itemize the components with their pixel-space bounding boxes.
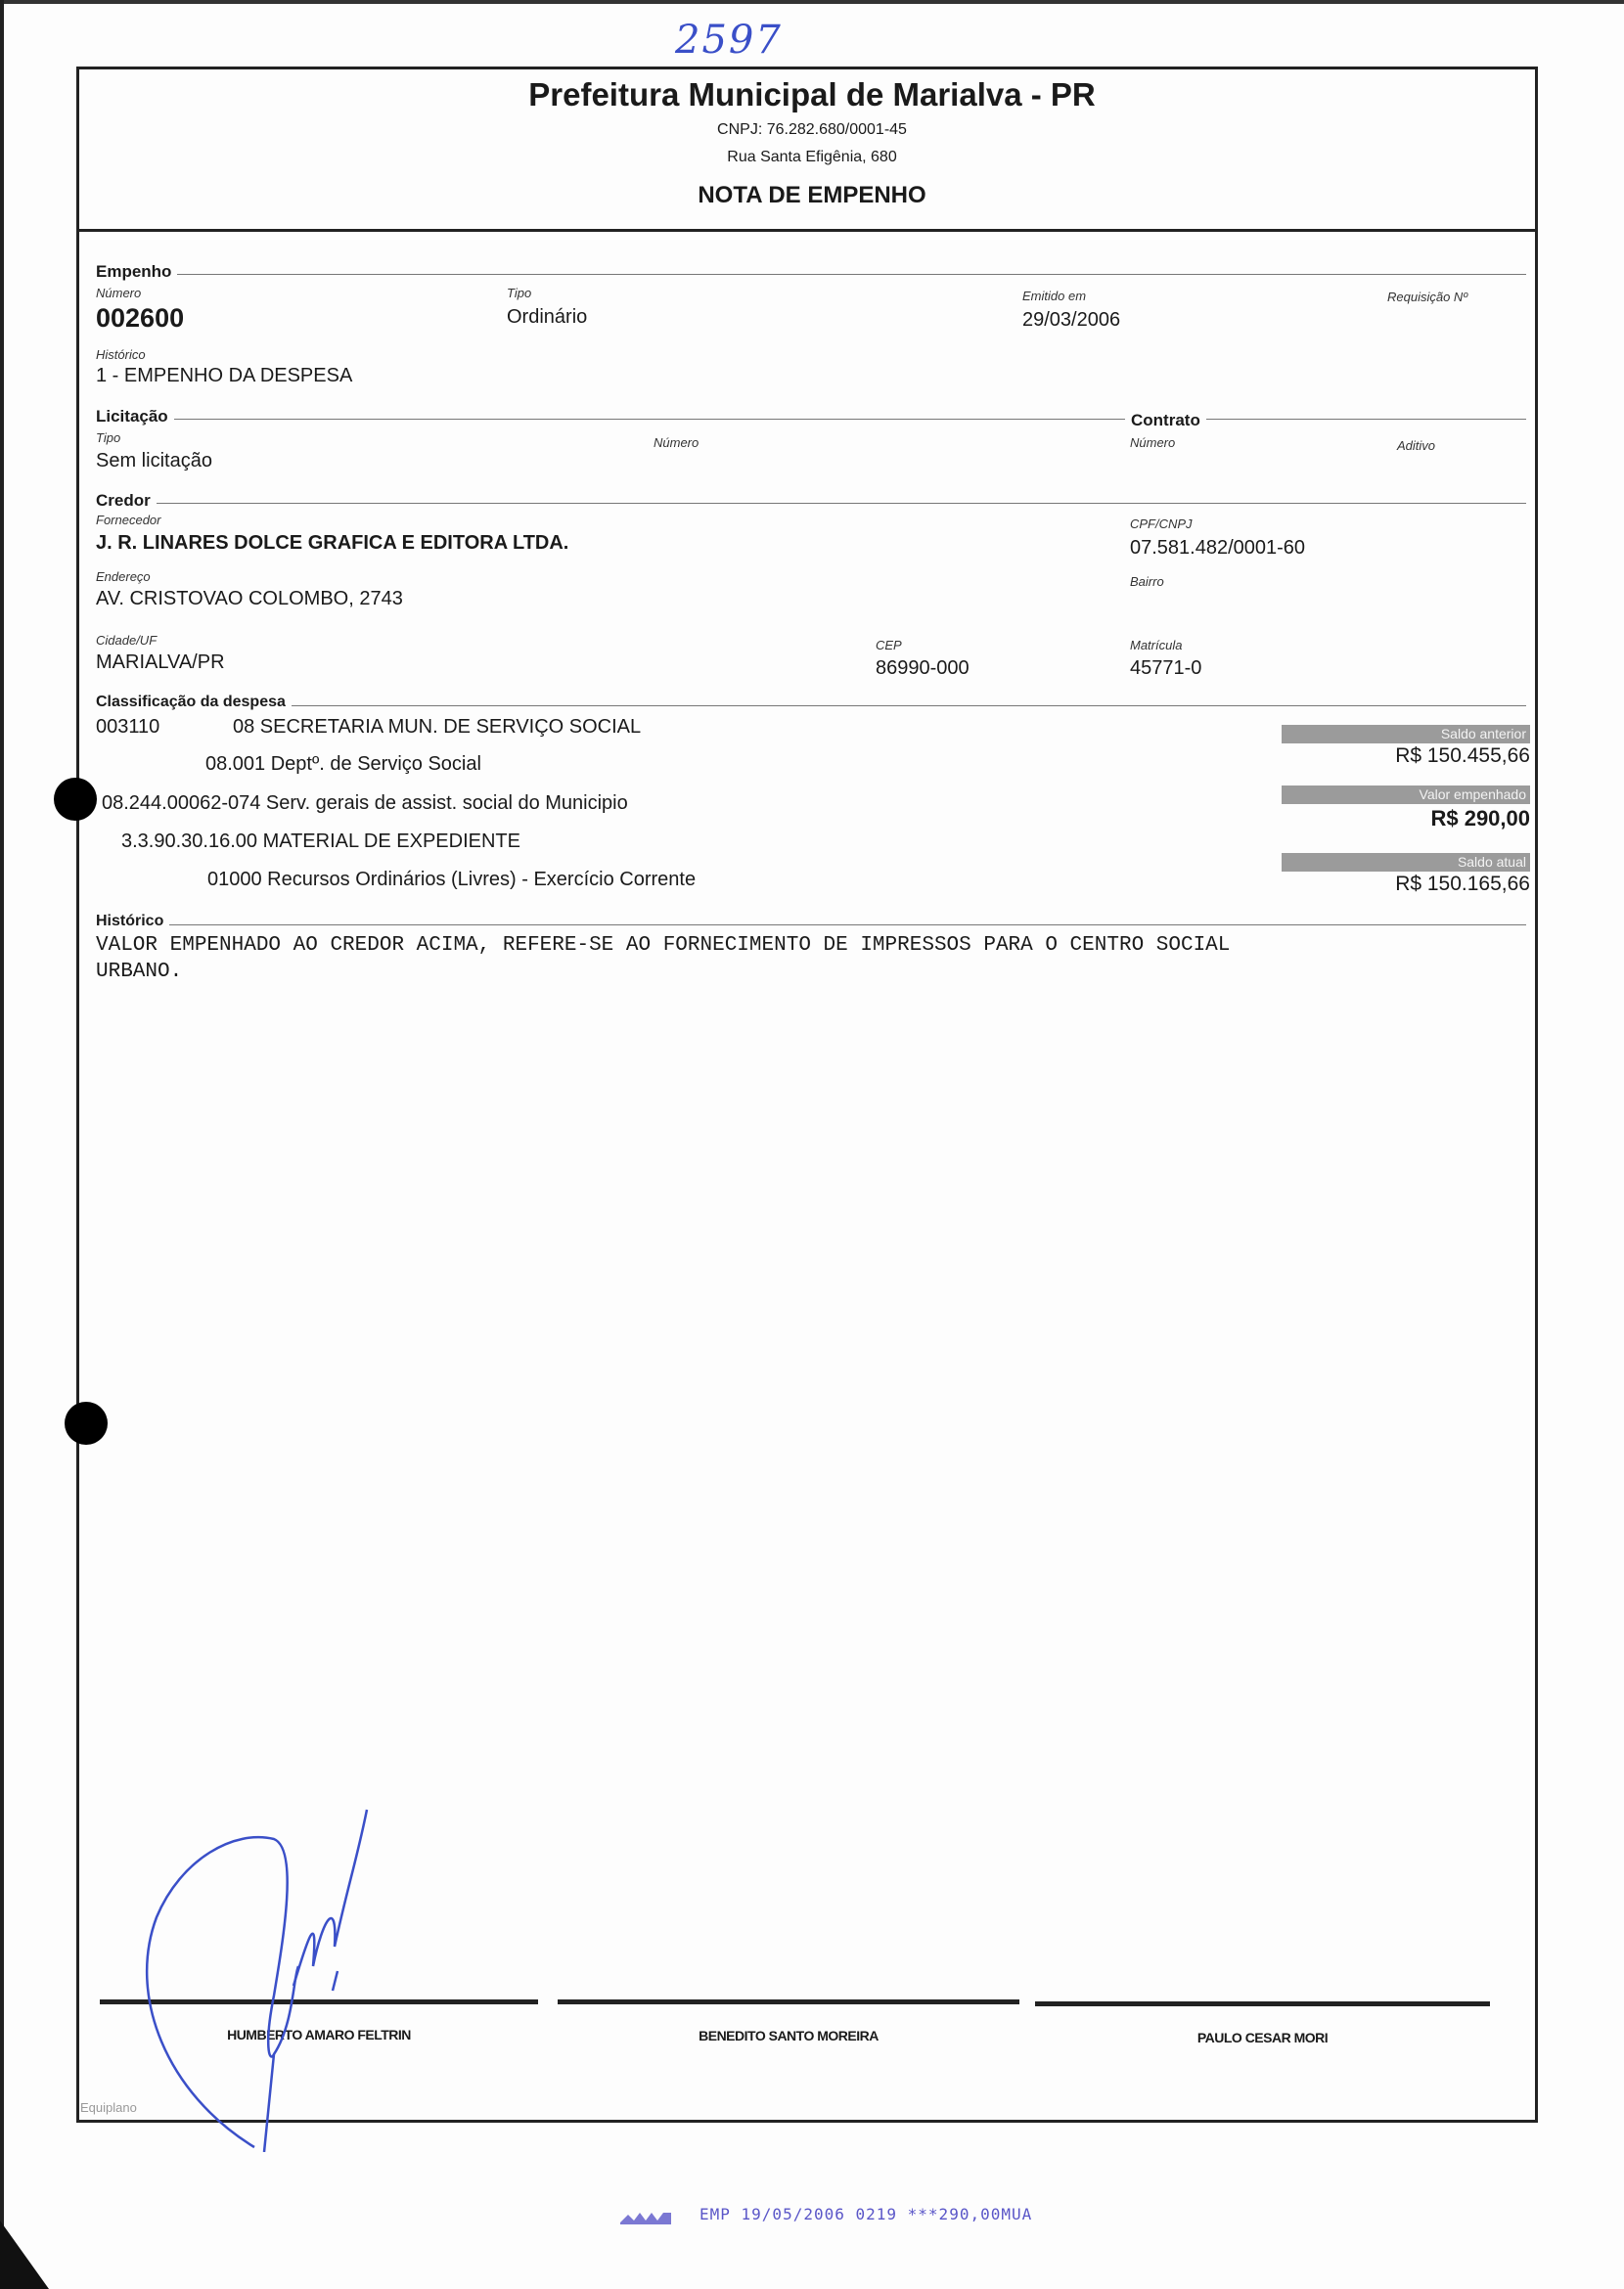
cidade-label: Cidade/UF — [96, 633, 157, 648]
authentication-stamp: EMP 19/05/2006 0219 ***290,00MUA — [699, 2205, 1032, 2223]
scan-edge-left — [0, 0, 4, 2289]
bairro-label: Bairro — [1130, 574, 1164, 589]
saldo-anterior-label: Saldo anterior — [1282, 725, 1530, 743]
software-footer: Equiplano — [80, 2100, 137, 2115]
classificacao-natureza: 3.3.90.30.16.00 MATERIAL DE EXPEDIENTE — [121, 830, 520, 853]
section-divider — [98, 924, 1526, 925]
contrato-aditivo-label: Aditivo — [1397, 438, 1435, 453]
handwritten-signature-icon — [127, 1800, 460, 2152]
empenho-historico-label: Histórico — [96, 347, 146, 362]
signature-line-3 — [1035, 2001, 1490, 2006]
empenho-tipo: Ordinário — [507, 306, 587, 329]
matricula-value: 45771-0 — [1130, 657, 1201, 680]
classificacao-recurso: 01000 Recursos Ordinários (Livres) - Exe… — [207, 869, 696, 891]
fornecedor-label: Fornecedor — [96, 513, 160, 527]
section-historico-heading: Histórico — [96, 913, 169, 930]
historico-line-2: URBANO. — [96, 961, 182, 983]
saldo-anterior-value: R$ 150.455,66 — [1395, 744, 1530, 768]
signature-line-2 — [558, 1999, 1019, 2004]
requisicao-label: Requisição Nº — [1387, 290, 1467, 304]
handwritten-page-number: 2597 — [675, 18, 783, 63]
empenho-numero: 002600 — [96, 303, 184, 334]
signatory-2-name: BENEDITO SANTO MOREIRA — [558, 2028, 1019, 2043]
section-credor-heading: Credor — [96, 491, 157, 511]
hole-punch-top — [54, 778, 97, 821]
issuer-title: Prefeitura Municipal de Marialva - PR — [0, 76, 1624, 113]
saldo-atual-label: Saldo atual — [1282, 853, 1530, 872]
section-classificacao-heading: Classificação da despesa — [96, 694, 292, 711]
document-title: NOTA DE EMPENHO — [0, 182, 1624, 209]
licitacao-tipo-label: Tipo — [96, 430, 120, 445]
licitacao-tipo: Sem licitação — [96, 450, 212, 472]
section-contrato-heading: Contrato — [1125, 411, 1206, 430]
cidade-value: MARIALVA/PR — [96, 651, 225, 674]
valor-empenhado-value: R$ 290,00 — [1430, 806, 1530, 831]
saldo-atual-value: R$ 150.165,66 — [1395, 873, 1530, 896]
cep-value: 86990-000 — [876, 657, 970, 680]
scan-edge-top — [0, 0, 1624, 4]
signatory-3-name: PAULO CESAR MORI — [1035, 2030, 1490, 2045]
section-divider — [98, 705, 1526, 706]
issuer-address: Rua Santa Efigênia, 680 — [0, 149, 1624, 166]
section-divider — [98, 419, 1526, 420]
section-empenho-heading: Empenho — [96, 262, 177, 282]
historico-line-1: VALOR EMPENHADO AO CREDOR ACIMA, REFERE-… — [96, 934, 1230, 957]
classificacao-funcional: 08.244.00062-074 Serv. gerais de assist.… — [102, 792, 628, 815]
issuer-cnpj: CNPJ: 76.282.680/0001-45 — [0, 121, 1624, 139]
contrato-numero-label: Número — [1130, 435, 1175, 450]
emitido-label: Emitido em — [1022, 289, 1086, 303]
valor-empenhado-label: Valor empenhado — [1282, 785, 1530, 804]
classificacao-code: 003110 — [96, 716, 159, 739]
scan-corner-shadow — [0, 2221, 49, 2289]
section-divider — [98, 274, 1526, 275]
endereco-label: Endereço — [96, 569, 151, 584]
bank-logo-icon — [618, 2209, 673, 2228]
header-separator — [76, 229, 1538, 232]
fornecedor-name: J. R. LINARES DOLCE GRAFICA E EDITORA LT… — [96, 532, 568, 555]
cpf-cnpj-value: 07.581.482/0001-60 — [1130, 537, 1305, 560]
matricula-label: Matrícula — [1130, 638, 1182, 652]
empenho-numero-label: Número — [96, 286, 141, 300]
empenho-tipo-label: Tipo — [507, 286, 531, 300]
classificacao-orgao: 08 SECRETARIA MUN. DE SERVIÇO SOCIAL — [233, 716, 641, 739]
cpf-cnpj-label: CPF/CNPJ — [1130, 516, 1193, 531]
classificacao-unidade: 08.001 Deptº. de Serviço Social — [205, 753, 481, 776]
empenho-historico: 1 - EMPENHO DA DESPESA — [96, 365, 352, 387]
section-divider — [98, 503, 1526, 504]
emitido-date: 29/03/2006 — [1022, 309, 1120, 332]
section-licitacao-heading: Licitação — [96, 407, 174, 426]
cep-label: CEP — [876, 638, 902, 652]
licitacao-numero-label: Número — [654, 435, 699, 450]
endereco-value: AV. CRISTOVAO COLOMBO, 2743 — [96, 588, 403, 610]
hole-punch-bottom — [65, 1402, 108, 1445]
